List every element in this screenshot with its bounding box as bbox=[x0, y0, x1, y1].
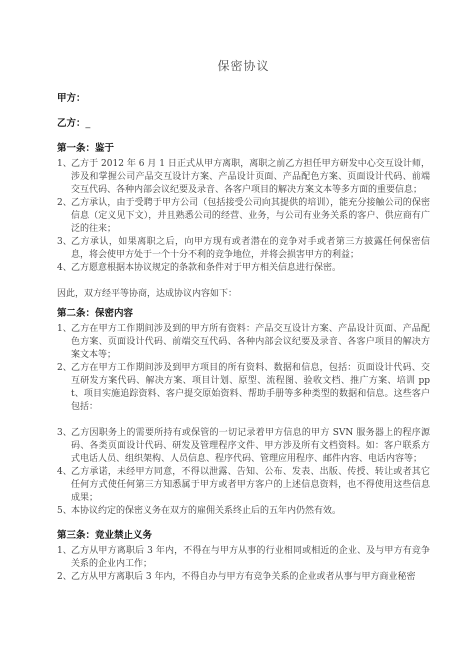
clause-list: 1、乙方从甲方离职后 3 年内，不得在与甲方从事的行业相同或相近的企业、及与甲方… bbox=[57, 545, 430, 584]
clause-list: 1、乙方在甲方工作期间涉及到的甲方所有资料：产品交互设计方案、产品设计页面、产品… bbox=[57, 323, 430, 414]
clause-item: 5、本协议约定的保密义务在双方的雇佣关系终止后的五年内仍然有效。 bbox=[57, 505, 430, 518]
clause-item: 2、乙方在甲方工作期间涉及到甲方项目的所有资料、数据和信息，包括：页面设计代码、… bbox=[57, 362, 430, 414]
party-b-value: _ bbox=[86, 118, 91, 129]
party-a-row: 甲方： bbox=[57, 92, 430, 105]
clause-item: 2、乙方从甲方离职后 3 年内，不得自办与甲方有竞争关系的企业或者从事与甲方商业… bbox=[57, 571, 430, 584]
clause-number: 3、 bbox=[57, 427, 71, 440]
clause-item: 2、乙方承认，由于受聘于甲方公司（包括接受公司向其提供的培训），能充分接触公司的… bbox=[57, 197, 430, 236]
section-heading: 第二条：保密内容 bbox=[57, 307, 430, 320]
paragraph: 因此，双方经平等协商，达成协议内容如下： bbox=[57, 288, 430, 301]
clause-text: 乙方承认，如果离职之后，向甲方现有或者潜在的竞争对手或者第三方披露任何保密信息，… bbox=[71, 236, 430, 262]
clause-number: 1、 bbox=[57, 158, 71, 171]
clause-item: 3、乙方因职务上的需要所持有或保管的一切记录着甲方信息的甲方 SVN 服务器上的… bbox=[57, 427, 430, 466]
party-a-label: 甲方： bbox=[57, 93, 86, 104]
clause-number: 1、 bbox=[57, 545, 71, 558]
blank-line bbox=[57, 414, 430, 427]
clause-number: 4、 bbox=[57, 262, 71, 275]
clause-item: 4、乙方愿意根据本协议规定的条款和条件对于甲方相关信息进行保密。 bbox=[57, 262, 430, 275]
clause-number: 5、 bbox=[57, 505, 71, 518]
clause-item: 1、乙方在甲方工作期间涉及到的甲方所有资料：产品交互设计方案、产品设计页面、产品… bbox=[57, 323, 430, 362]
clause-text: 本协议约定的保密义务在双方的雇佣关系终止后的五年内仍然有效。 bbox=[71, 505, 430, 518]
clause-number: 2、 bbox=[57, 362, 71, 375]
clause-text: 乙方承认，由于受聘于甲方公司（包括接受公司向其提供的培训），能充分接触公司的保密… bbox=[71, 197, 430, 236]
clause-text: 乙方在甲方工作期间涉及到甲方项目的所有资料、数据和信息，包括：页面设计代码、交互… bbox=[71, 362, 430, 414]
clause-number: 2、 bbox=[57, 571, 71, 584]
clause-item: 3、乙方承认，如果离职之后，向甲方现有或者潜在的竞争对手或者第三方披露任何保密信… bbox=[57, 236, 430, 262]
clause-list: 1、乙方于 2012 年 6 月 1 日正式从甲方离职，离职之前乙方担任甲方研发… bbox=[57, 158, 430, 275]
document-title: 保密协议 bbox=[57, 58, 430, 75]
clause-number: 2、 bbox=[57, 197, 71, 210]
document-page: 保密协议 甲方： 乙方：_ 第一条：鉴于1、乙方于 2012 年 6 月 1 日… bbox=[0, 0, 463, 655]
clause-text: 乙方愿意根据本协议规定的条款和条件对于甲方相关信息进行保密。 bbox=[71, 262, 430, 275]
clause-text: 乙方从甲方离职后 3 年内，不得在与甲方从事的行业相同或相近的企业、及与甲方有竞… bbox=[71, 545, 430, 571]
clause-item: 4、乙方承诺，未经甲方同意，不得以泄露、告知、公布、发表、出版、传授、转让或者其… bbox=[57, 466, 430, 505]
clause-text: 乙方承诺，未经甲方同意，不得以泄露、告知、公布、发表、出版、传授、转让或者其它任… bbox=[71, 466, 430, 505]
clause-number: 4、 bbox=[57, 466, 71, 479]
party-b-row: 乙方：_ bbox=[57, 117, 430, 130]
section-heading: 第三条：竞业禁止义务 bbox=[57, 529, 430, 542]
clause-text: 乙方在甲方工作期间涉及到的甲方所有资料：产品交互设计方案、产品设计页面、产品配色… bbox=[71, 323, 430, 362]
clause-item: 1、乙方于 2012 年 6 月 1 日正式从甲方离职，离职之前乙方担任甲方研发… bbox=[57, 158, 430, 197]
clause-number: 1、 bbox=[57, 323, 71, 336]
section-heading: 第一条：鉴于 bbox=[57, 142, 430, 155]
document-body: 第一条：鉴于1、乙方于 2012 年 6 月 1 日正式从甲方离职，离职之前乙方… bbox=[57, 142, 430, 584]
clause-text: 乙方于 2012 年 6 月 1 日正式从甲方离职，离职之前乙方担任甲方研发中心… bbox=[71, 158, 430, 197]
clause-text: 乙方从甲方离职后 3 年内，不得自办与甲方有竞争关系的企业或者从事与甲方商业秘密 bbox=[71, 571, 430, 584]
party-b-label: 乙方： bbox=[57, 118, 86, 129]
clause-number: 3、 bbox=[57, 236, 71, 249]
clause-item: 1、乙方从甲方离职后 3 年内，不得在与甲方从事的行业相同或相近的企业、及与甲方… bbox=[57, 545, 430, 571]
clause-list: 3、乙方因职务上的需要所持有或保管的一切记录着甲方信息的甲方 SVN 服务器上的… bbox=[57, 427, 430, 518]
clause-text: 乙方因职务上的需要所持有或保管的一切记录着甲方信息的甲方 SVN 服务器上的程序… bbox=[71, 427, 430, 466]
